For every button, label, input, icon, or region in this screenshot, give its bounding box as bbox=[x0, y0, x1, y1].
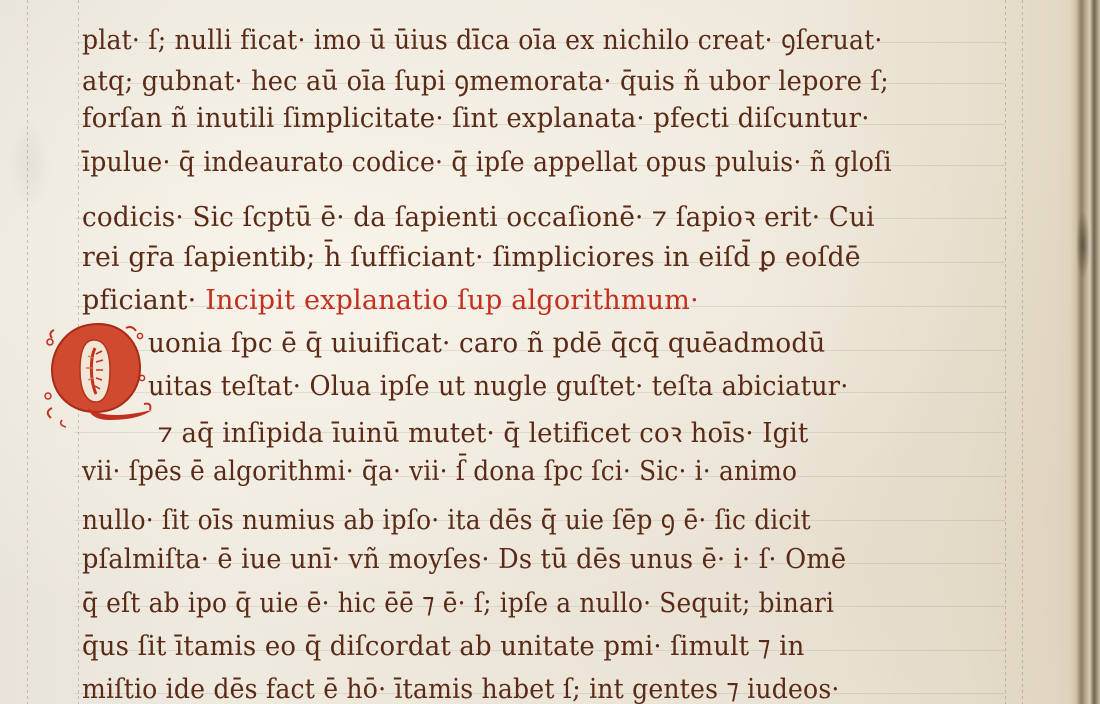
manuscript-line-9: uitas teſtat· Olua ipſe ut nugle guſtet·… bbox=[148, 371, 849, 402]
manuscript-line-11: vii· ſpēs ē algorithmi· q̄a· vii· ſ̄ don… bbox=[82, 456, 797, 487]
manuscript-line-10: ⁊ aq̄ inſipida īuinū mutet· q̄ letificet… bbox=[158, 413, 809, 450]
manuscript-line-6: rei gr̄a ſapientib; h̄ ſufficiant· ſimpl… bbox=[82, 242, 861, 273]
margin-ruling-right-outer bbox=[1022, 0, 1023, 704]
edge-stain bbox=[1076, 210, 1090, 280]
margin-ruling-outer bbox=[27, 0, 28, 704]
margin-ruling-right bbox=[1005, 0, 1006, 704]
manuscript-line-15: q̄us ſit ītamis eo q̄ diſcordat ab unita… bbox=[82, 631, 805, 662]
manuscript-line-3: forſan ñ inutili ſimplicitate· ſint expl… bbox=[82, 103, 870, 134]
line-7-lead-text: pficiant· bbox=[82, 285, 196, 316]
manuscript-line-5: codicis· Sic ſcptū ē· da ſapienti occaſi… bbox=[82, 197, 875, 234]
rubric-heading: Incipit explanatio ſup algorithmum· bbox=[205, 285, 699, 316]
manuscript-line-2: atq; gubnat· hec aū oīa ſupi ꝯmemorata· … bbox=[82, 61, 889, 98]
manuscript-page: plat· ſ; nulli ficat· imo ū ūius dīca oī… bbox=[0, 0, 1100, 704]
manuscript-line-4: īpulue· q̄ indeaurato codice· q̄ ipſe ap… bbox=[82, 147, 892, 178]
show-through-stain bbox=[8, 120, 50, 210]
manuscript-line-7: pficiant· Incipit explanatio ſup algorit… bbox=[82, 285, 699, 316]
manuscript-line-16: miſtio ide dēs fact ē hō· ītamis habet ſ… bbox=[82, 674, 840, 704]
manuscript-line-14: q̄ eſt ab ipo q̄ uie ē· hic ēē ⁊ ē· ſ; i… bbox=[82, 588, 834, 619]
illuminated-initial-q bbox=[40, 318, 160, 428]
manuscript-line-1: plat· ſ; nulli ficat· imo ū ūius dīca oī… bbox=[82, 20, 883, 57]
manuscript-line-8: uonia ſpc ē q̄ uiuificat· caro ñ pdē q̄c… bbox=[148, 328, 825, 359]
manuscript-line-13: pſalmiſta· ē iue unī· vñ moyſes· Ds tū d… bbox=[82, 544, 846, 575]
initial-q-icon bbox=[40, 318, 160, 428]
manuscript-line-12: nullo· ſit oīs numius ab ipſo· ita dēs q… bbox=[82, 500, 811, 537]
page-gutter-edge bbox=[1070, 0, 1100, 704]
